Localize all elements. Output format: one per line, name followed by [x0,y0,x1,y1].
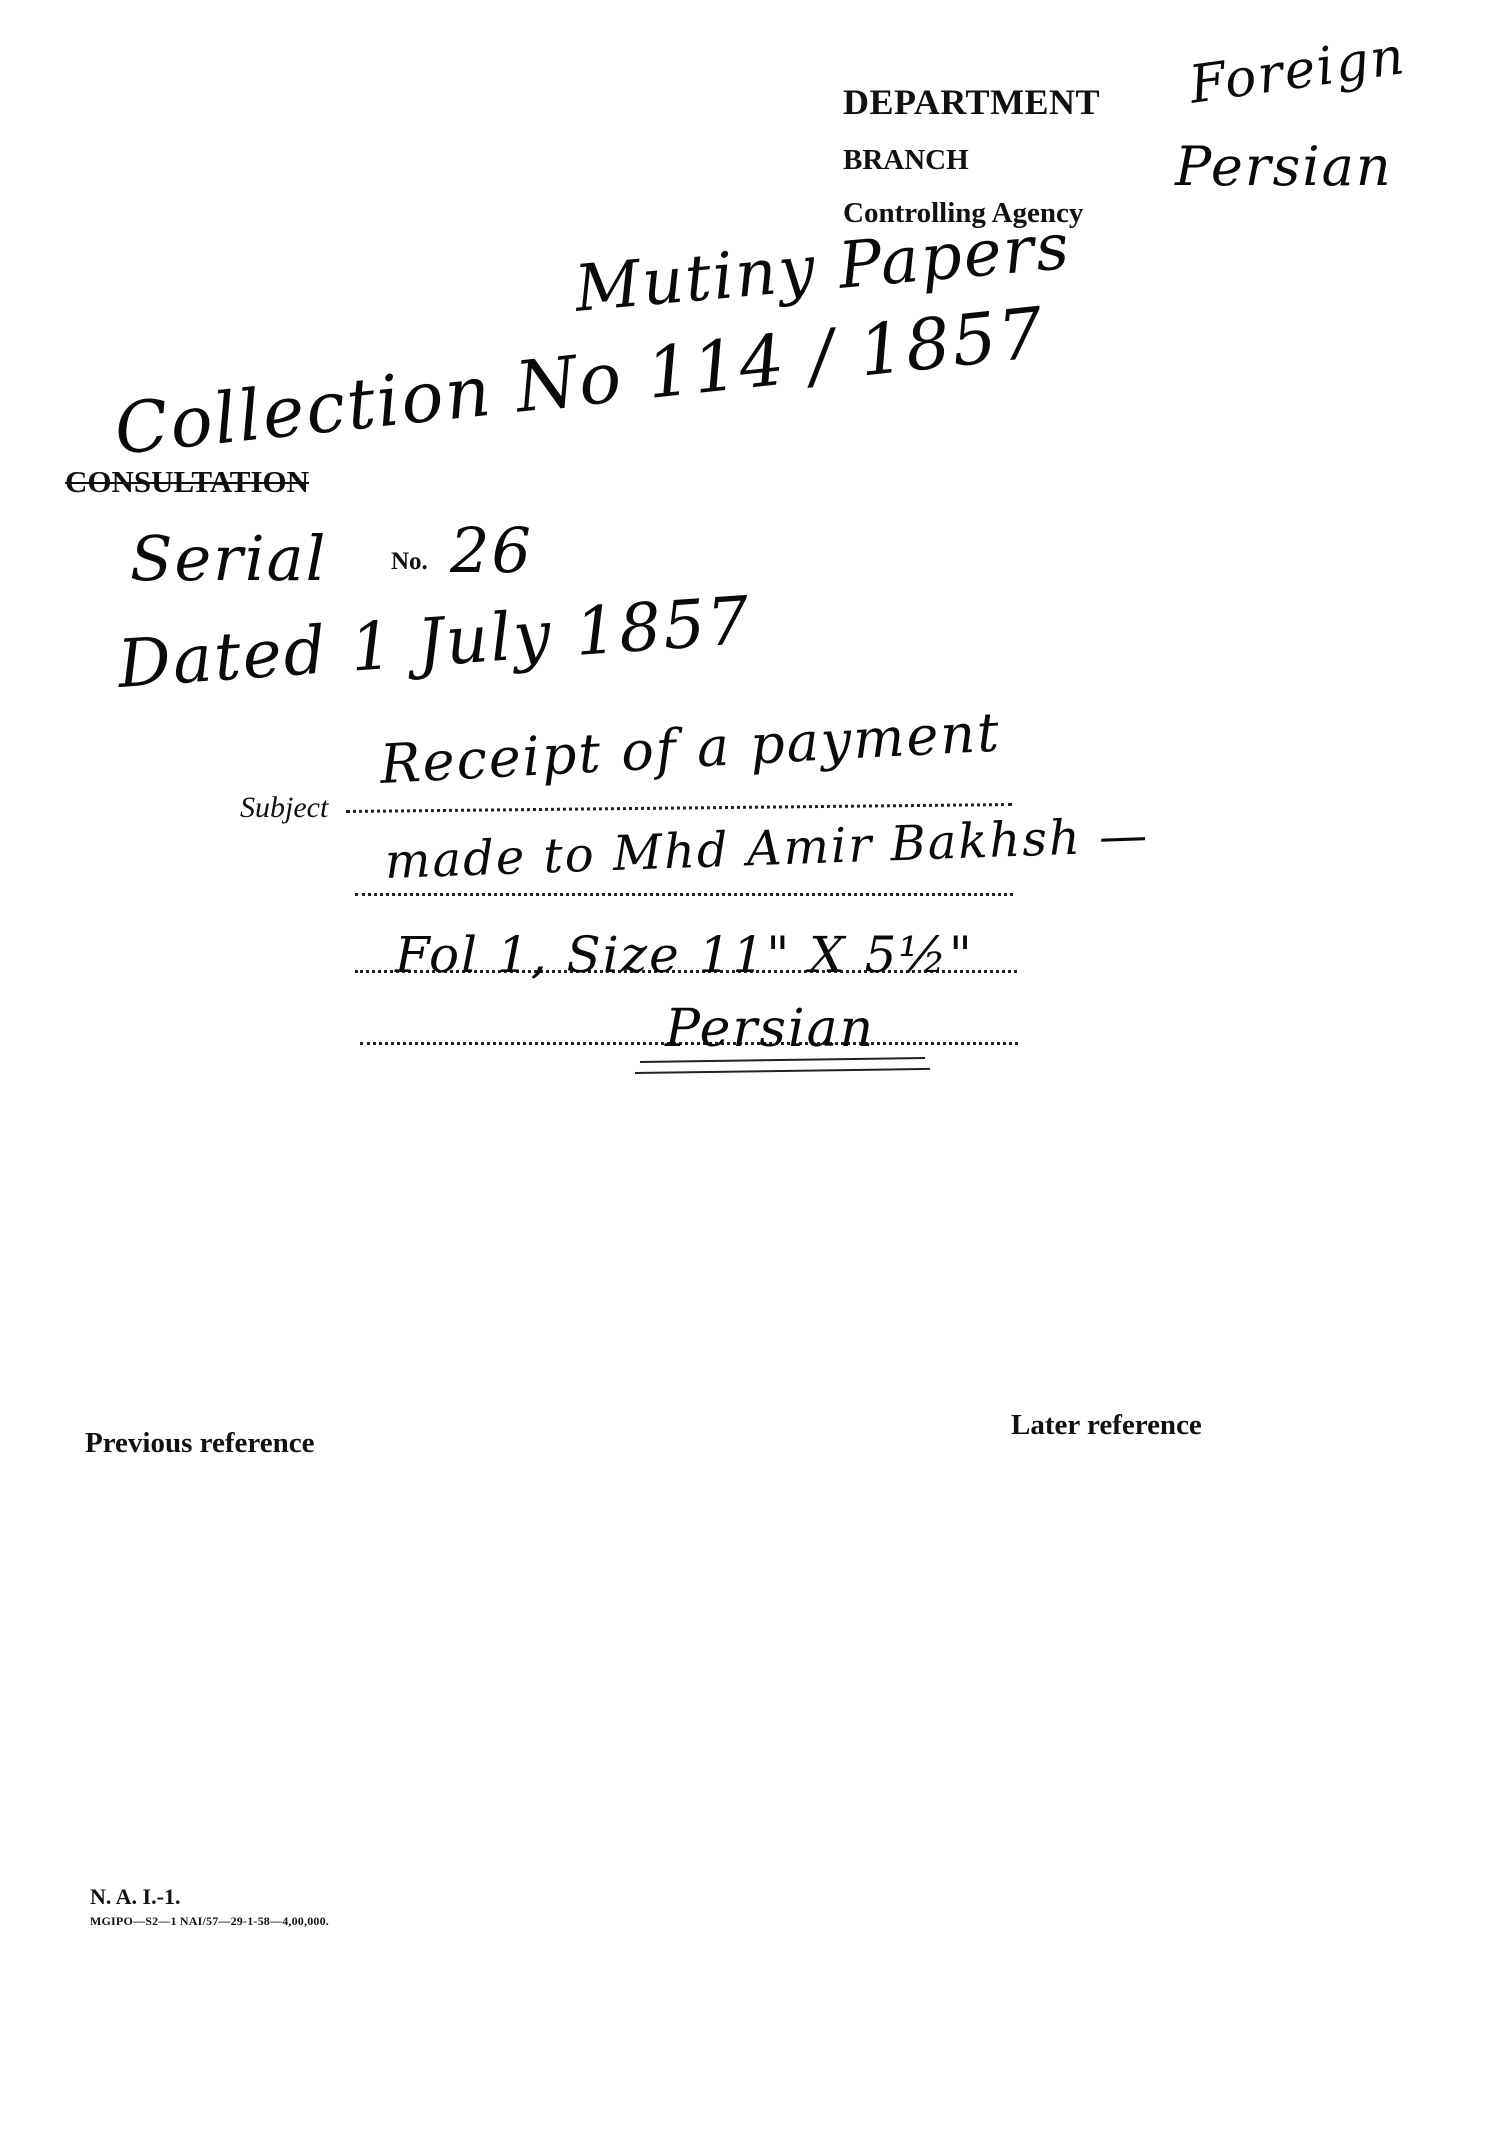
subject-underline-2 [635,1068,930,1074]
dated-line: Dated 1 July 1857 [116,588,753,698]
branch-value: Persian [1175,140,1393,194]
subject-line-4: Persian [665,1003,875,1055]
serial-prefix: Serial [130,528,327,590]
form-code: N. A. I.-1. [90,1886,180,1908]
previous-reference-label: Previous reference [85,1429,315,1458]
subject-line-3: Fol 1, Size 11" X 5½" [395,930,974,980]
subject-label: Subject [240,793,328,823]
subject-dotted-line-2 [355,893,1013,896]
print-code: MGIPO—S2—1 NAI/57—29-1-58—4,00,000. [90,1915,329,1927]
consultation-label-struck: CONSULTATION [65,466,309,497]
branch-label: BRANCH [843,146,969,175]
no-label: No. [391,549,428,574]
subject-line-1: Receipt of a payment [379,706,1002,792]
later-reference-label: Later reference [1011,1411,1202,1440]
serial-number: 26 [450,520,533,582]
department-label: DEPARTMENT [843,84,1100,120]
document-page: DEPARTMENT Foreign BRANCH Persian Contro… [0,0,1489,2143]
department-value: Foreign [1186,30,1409,112]
subject-dotted-line-1 [346,803,1012,813]
subject-line-2: made to Mhd Amir Bakhsh — [384,811,1150,886]
